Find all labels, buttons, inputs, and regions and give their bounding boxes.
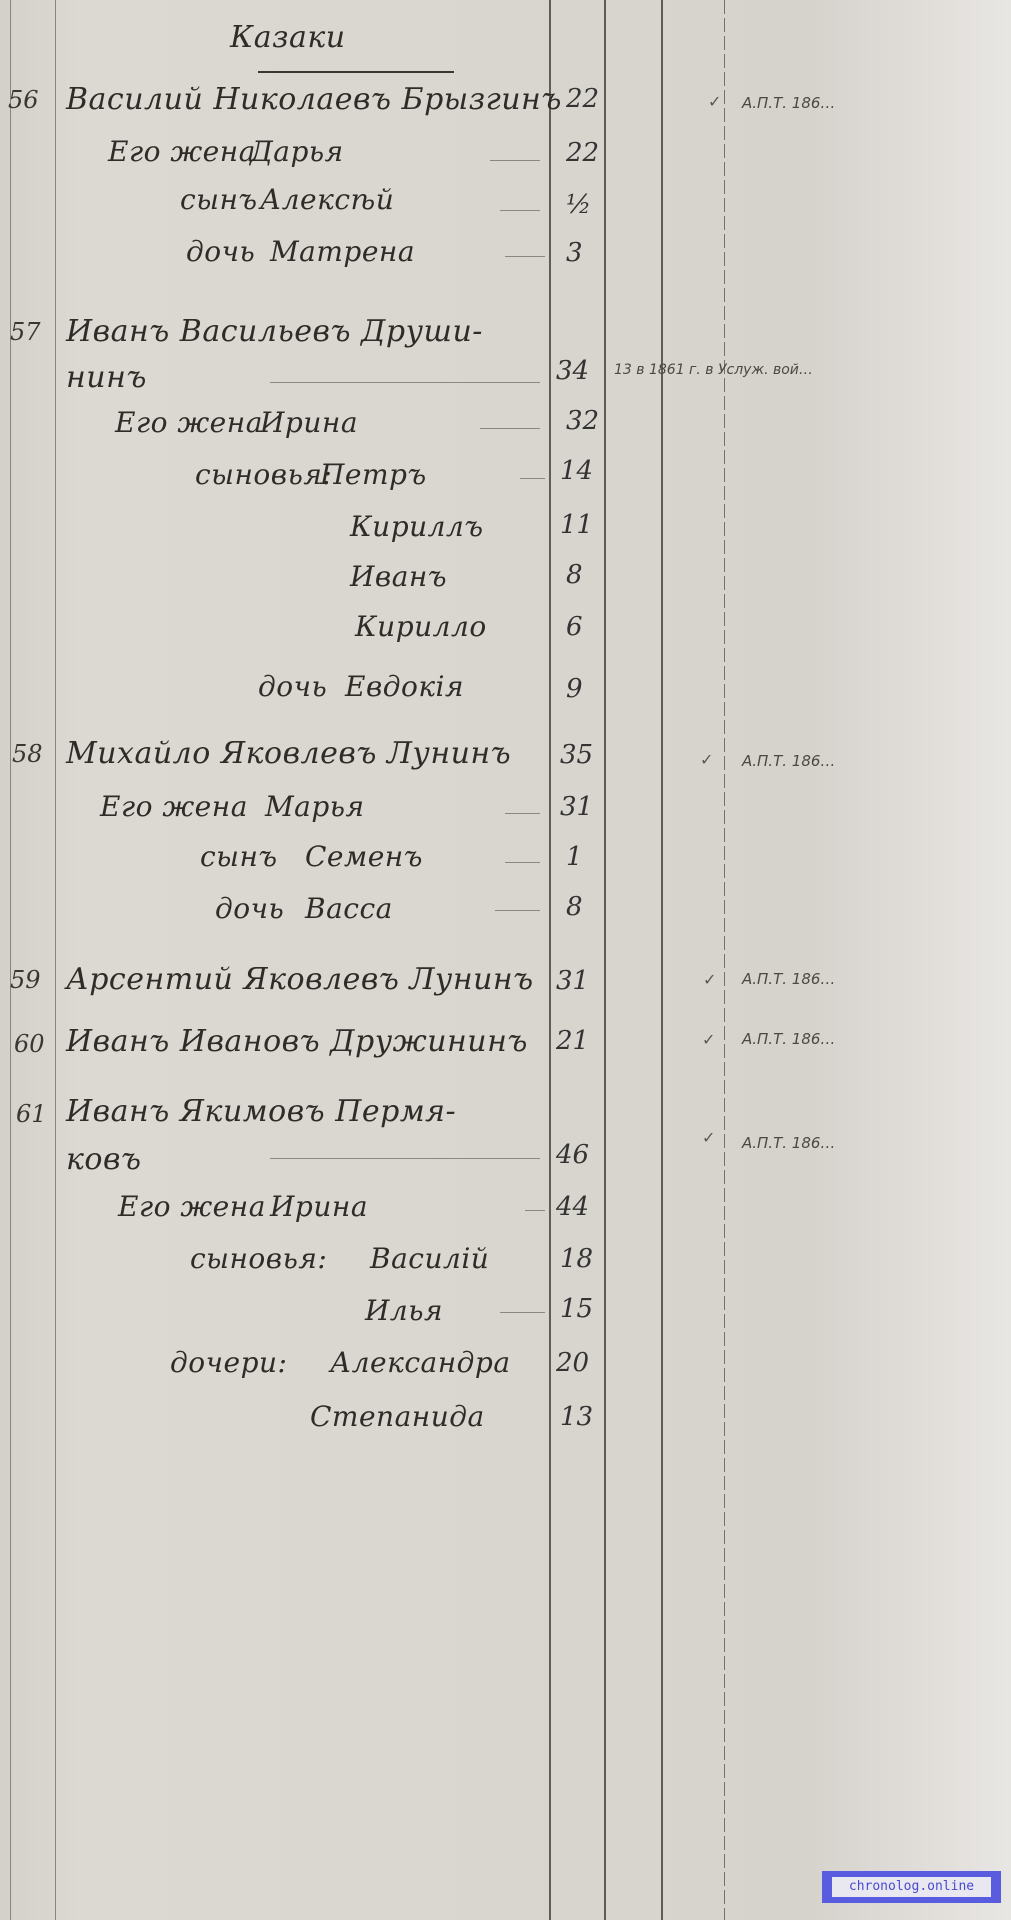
margin-note: А.П.Т. 186… (742, 94, 835, 112)
head-of-household-name: Иванъ Васильевъ Друши- (66, 314, 483, 349)
member-relation: Его жена (100, 790, 248, 823)
age: 31 (560, 792, 593, 822)
age-column-line-left (549, 0, 551, 1920)
leader-line (490, 160, 540, 161)
member-relation: дочь (186, 235, 255, 268)
member-name: Матрена (270, 235, 415, 268)
leader-line (480, 428, 540, 429)
checkmark-icon: ✓ (708, 92, 721, 111)
leader-line (270, 1158, 540, 1159)
leader-line (525, 1210, 545, 1211)
leader-line (505, 862, 540, 863)
member-name: Василій (370, 1242, 489, 1275)
checkmark-icon: ✓ (703, 970, 716, 989)
member-name: Александра (330, 1346, 511, 1379)
leader-line (520, 478, 545, 479)
member-relation: дочь (258, 670, 327, 703)
age: 9 (566, 674, 583, 704)
age: ½ (566, 190, 591, 220)
member-relation: дочери: (170, 1346, 287, 1379)
age: 46 (556, 1140, 589, 1170)
section-title: Казаки (230, 20, 346, 55)
member-name: Степанида (310, 1400, 485, 1433)
age: 8 (566, 560, 583, 590)
age: 1 (566, 842, 583, 872)
member-name: Кирилло (355, 610, 487, 643)
column-line-3 (661, 0, 663, 1920)
leader-line (500, 210, 540, 211)
entry-number: 58 (12, 740, 43, 768)
age: 18 (560, 1244, 593, 1274)
leader-line (505, 256, 545, 257)
leader-line (495, 910, 540, 911)
entry-number: 57 (10, 318, 41, 346)
age: 44 (556, 1192, 589, 1222)
entry-number: 61 (16, 1100, 47, 1128)
margin-note: А.П.Т. 186… (742, 970, 835, 988)
member-relation: Его жена (118, 1190, 266, 1223)
age: 32 (566, 406, 599, 436)
member-name: Марья (265, 790, 365, 823)
checkmark-icon: ✓ (702, 1030, 715, 1049)
checkmark-icon: ✓ (702, 1128, 715, 1147)
age: 21 (556, 1026, 589, 1056)
checkmark-icon: ✓ (700, 750, 713, 769)
title-underline (258, 71, 454, 73)
age: 3 (566, 238, 583, 268)
margin-note: А.П.Т. 186… (742, 752, 835, 770)
leader-line (505, 813, 540, 814)
head-of-household-name: Арсентий Яковлевъ Лунинъ (66, 962, 534, 997)
watermark-text: chronolog.online (832, 1877, 991, 1897)
member-name: Ирина (270, 1190, 368, 1223)
member-relation: Его жена (115, 406, 263, 439)
age: 6 (566, 612, 583, 642)
head-of-household-name: Василий Николаевъ Брызгинъ (66, 82, 562, 117)
notes-column-line (724, 0, 725, 1920)
member-relation: сынъ (200, 840, 278, 873)
age: 13 (560, 1402, 593, 1432)
leader-line (500, 1312, 545, 1313)
member-name: Иванъ (350, 560, 447, 593)
margin-note: А.П.Т. 186… (742, 1134, 835, 1152)
age: 15 (560, 1294, 593, 1324)
member-name: Евдокія (345, 670, 464, 703)
age: 35 (560, 740, 593, 770)
head-of-household-name: Иванъ Якимовъ Пермя- (66, 1094, 456, 1129)
age: 20 (556, 1348, 589, 1378)
head-of-household-name: Иванъ Ивановъ Дружининъ (66, 1024, 528, 1059)
member-name: Кириллъ (350, 510, 483, 543)
age: 31 (556, 966, 589, 996)
age: 22 (566, 138, 599, 168)
member-relation: Его жена (108, 135, 256, 168)
age: 22 (566, 84, 599, 114)
member-name: Дарья (250, 135, 344, 168)
member-name: Семенъ (305, 840, 423, 873)
member-name: Ирина (260, 406, 358, 439)
margin-note: А.П.Т. 186… (742, 1030, 835, 1048)
head-of-household-name-continued: ковъ (66, 1142, 141, 1177)
member-name: Васса (305, 892, 393, 925)
entry-number: 60 (14, 1030, 45, 1058)
age: 8 (566, 892, 583, 922)
member-relation: дочь (215, 892, 284, 925)
head-of-household-name-continued: нинъ (66, 360, 147, 395)
entry-number-column-line (55, 0, 56, 1920)
document-page: Казаки 56 Василий Николаевъ Брызгинъ 22 … (0, 0, 1011, 1920)
entry-number: 56 (8, 86, 39, 114)
entry-number: 59 (10, 966, 41, 994)
member-name: Алексѣй (260, 183, 394, 216)
age-column-line-right (604, 0, 606, 1920)
age: 14 (560, 456, 593, 486)
leader-line (270, 382, 540, 383)
age: 34 (556, 356, 589, 386)
member-name: Илья (365, 1294, 443, 1327)
margin-line-left (10, 0, 11, 1920)
age: 11 (560, 510, 593, 540)
member-name: Петръ (320, 458, 427, 491)
member-relation: сыновья: (190, 1242, 327, 1275)
margin-note: 13 в 1861 г. в Услуж. вой… (614, 362, 813, 378)
member-relation: сыновья: (195, 458, 332, 491)
member-relation: сынъ (180, 183, 258, 216)
head-of-household-name: Михайло Яковлевъ Лунинъ (66, 736, 511, 771)
watermark-badge: chronolog.online (822, 1871, 1001, 1903)
